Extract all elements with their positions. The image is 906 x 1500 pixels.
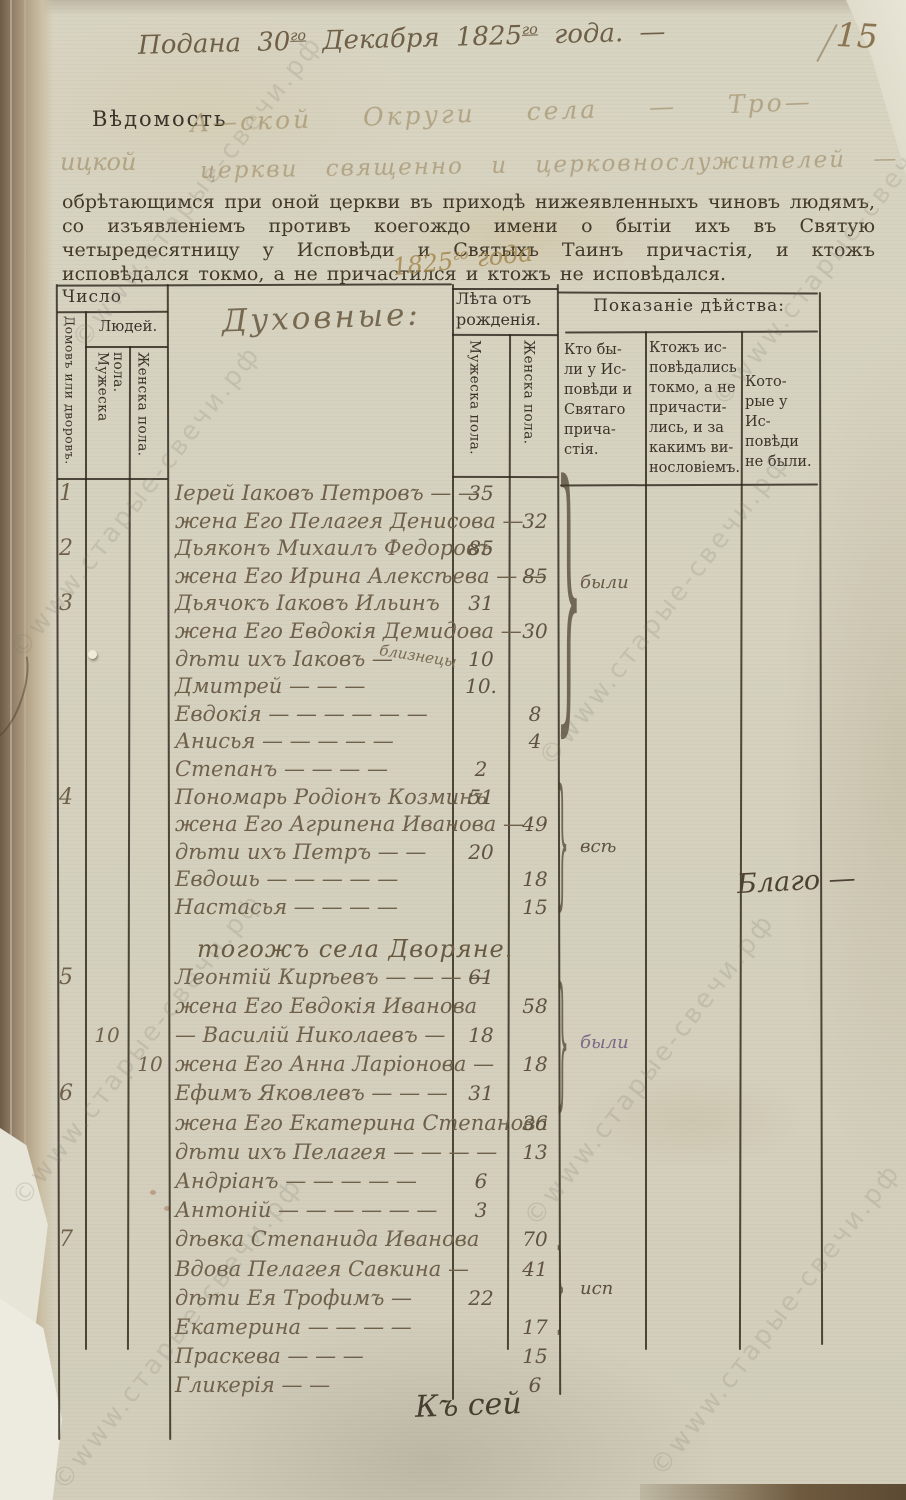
person-name: Екатерина — — — — <box>171 1315 515 1339</box>
submission-note: Подана 30го Декабря 1825го года. — <box>138 17 666 61</box>
female-age: 41 <box>510 1257 560 1281</box>
table-rule-horizontal <box>452 476 558 478</box>
submission-note-part: года. — <box>538 17 666 50</box>
person-name: дѣти ихъ Пелагея — — — — <box>171 1140 515 1164</box>
male-age: 3 <box>454 1198 508 1222</box>
male-age: 20 <box>454 840 508 864</box>
person-name: жена Его Пелагея Денисова — <box>171 509 515 533</box>
table-rule-horizontal <box>85 346 168 348</box>
person-name: жена Его Агрипена Иванова — <box>171 812 515 836</box>
table-row: Андріанъ — — — — —6 <box>57 1169 820 1197</box>
female-age: 13 <box>510 1140 560 1164</box>
table-row: дѣти Ея Трофимъ —22 <box>57 1286 820 1314</box>
male-count: 10 <box>87 1023 127 1047</box>
table-row: Антоній — — — — — —3 <box>57 1198 820 1226</box>
person-name: жена Его Анна Ларіонова — <box>171 1052 515 1076</box>
column-header-age: Лѣта отъ рожденія. <box>456 289 556 331</box>
female-age: 17 <box>510 1315 560 1339</box>
table-rule-horizontal <box>558 292 818 295</box>
submission-note-part: 1825 <box>439 21 522 53</box>
brace-label: были <box>580 1032 629 1053</box>
column-header-male-count: Мужеска пола. <box>94 352 125 464</box>
superscript: го <box>452 246 470 264</box>
table-row: жена Его Евдокія Демидова —30 <box>57 619 820 647</box>
female-age: 18 <box>510 867 560 891</box>
brace-glyph: } <box>556 771 569 913</box>
person-name: жена Его Евдокія Иванова <box>171 994 515 1018</box>
female-age: 15 <box>510 895 560 919</box>
column-header-age-female: Женска пола. <box>520 340 536 464</box>
table-row: Настасья — — — —15 <box>57 895 820 923</box>
table-row: дѣти ихъ Петръ — —20 <box>57 840 820 868</box>
annotation-brace: }исп <box>556 1250 596 1332</box>
table-row: Дмитрей — — —10. <box>57 674 820 702</box>
table-row: Степанъ — — — —2 <box>57 757 820 785</box>
household-number: 7 <box>59 1227 85 1252</box>
table-row: Евдокія — — — — — —8 <box>57 702 820 730</box>
male-age: 51 <box>454 785 508 809</box>
catchword: Къ сей <box>414 1386 522 1425</box>
handwritten-church-line: церкви священно и церковнослужителей — <box>200 146 899 184</box>
person-name: Евдошь — — — — — <box>171 867 515 891</box>
document-scan: Подана 30го Декабря 1825го года. — 15 Вѣ… <box>0 0 906 1500</box>
table-row: дѣти ихъ Іаковъ —близнецы10 <box>57 647 820 675</box>
person-name: Евдокія — — — — — — <box>171 702 515 726</box>
person-name: жена Его Евдокія Демидова — <box>171 619 515 643</box>
page-number: 15 <box>835 15 879 56</box>
person-name: Анисья — — — — — <box>171 729 515 753</box>
male-age: 10 <box>454 647 508 671</box>
table-row: жена Его Екатерина Степанова36 <box>57 1111 820 1139</box>
female-age: 70 <box>510 1227 560 1251</box>
table-row: дѣти ихъ Пелагея — — — —13 <box>57 1140 820 1168</box>
submission-note-part: Подана 30 <box>138 27 291 61</box>
annotation-brace: }были <box>556 988 596 1110</box>
table-rule-horizontal <box>452 334 558 336</box>
table-row: Вдова Пелагея Савкина —41 <box>57 1257 820 1285</box>
female-age: 15 <box>510 1344 560 1368</box>
female-age: 36 <box>510 1111 560 1135</box>
household-number: 1 <box>59 481 85 506</box>
table-row: 10жена Его Анна Ларіонова —18 <box>57 1052 820 1080</box>
section-heading: тогожъ села Дворяне. <box>197 935 513 963</box>
brace-label: исп <box>580 1278 613 1299</box>
male-age: 22 <box>454 1286 508 1310</box>
handwritten-margin-word: ицкой <box>60 148 136 176</box>
table-row: Евдошь — — — — —18 <box>57 867 820 895</box>
table-row: 7дѣвка Степанида Иванова70 <box>57 1227 820 1255</box>
male-age: 85 <box>454 536 508 560</box>
person-name: дѣвка Степанида Иванова <box>171 1227 515 1251</box>
brace-label: всѣ <box>580 836 616 857</box>
person-name: Праскева — — — <box>171 1344 515 1368</box>
person-name: жена Его Екатерина Степанова <box>171 1111 515 1135</box>
male-age: 31 <box>454 591 508 615</box>
brace-label: были <box>580 572 629 593</box>
household-number: 5 <box>59 965 85 990</box>
male-age: 31 <box>454 1081 508 1105</box>
pen-slash-mark <box>816 24 837 62</box>
male-age: 61 <box>454 965 508 989</box>
female-age: 58 <box>510 994 560 1018</box>
table-row: 3Дьячокъ Іаковъ Ильинъ31 <box>57 591 820 619</box>
table-row: жена Его Агрипена Иванова —49 <box>57 812 820 840</box>
column-header-age-male: Мужеска пола. <box>466 340 482 466</box>
table-row: 6Ефимъ Яковлевъ — — —31 <box>57 1081 820 1109</box>
superscript: го <box>522 22 538 38</box>
female-age: 30 <box>510 619 560 643</box>
column-header-female-count: Женска пола. <box>134 352 150 472</box>
person-name: жена Его Ирина Алексѣева — — <box>171 564 515 588</box>
margin-note-blago: Благо — <box>736 863 856 900</box>
female-age: 8 <box>510 702 560 726</box>
female-age: 85 <box>510 564 560 588</box>
annotation-brace: }всѣ <box>556 790 596 910</box>
household-number: 4 <box>59 785 85 810</box>
section-title-clergy: Духовные: <box>221 297 421 340</box>
table-row: Анисья — — — — —4 <box>57 729 820 757</box>
male-age: 18 <box>454 1023 508 1047</box>
male-age: 10. <box>454 674 508 698</box>
brace-glyph: } <box>556 968 569 1112</box>
female-age: 49 <box>510 812 560 836</box>
brace-glyph: } <box>556 1237 565 1334</box>
table-row: тогожъ села Дворяне. <box>57 935 820 963</box>
table-rule-horizontal <box>452 288 558 290</box>
male-age: 2 <box>454 757 508 781</box>
table-row: 1Іерей Іаковъ Петровъ — —35 <box>57 481 820 509</box>
bottom-tear-edge <box>640 1484 906 1500</box>
table-row: 4Пономарь Родіонъ Козминъ51 <box>57 785 820 813</box>
male-age: 35 <box>454 481 508 505</box>
female-age: 32 <box>510 509 560 533</box>
female-age: 18 <box>510 1052 560 1076</box>
male-age: 6 <box>454 1169 508 1193</box>
